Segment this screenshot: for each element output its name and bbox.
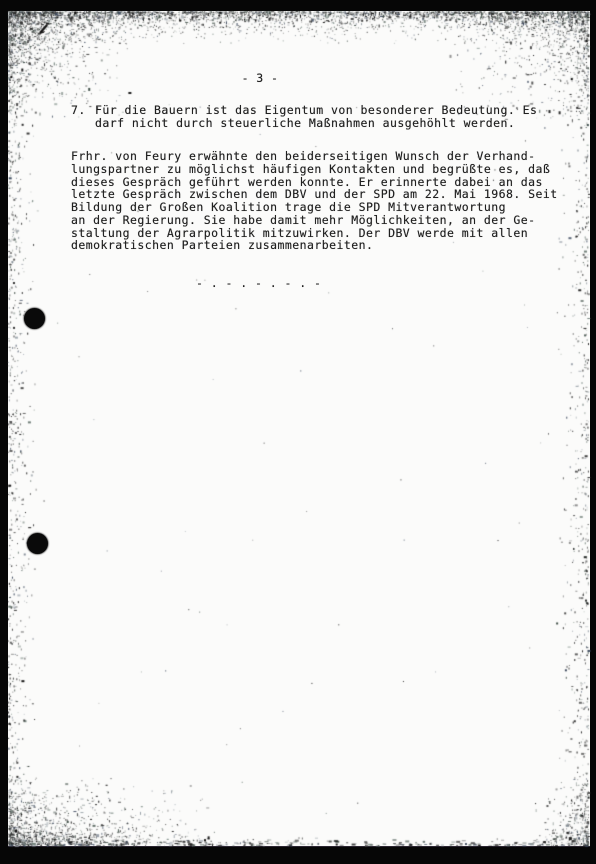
hole-punch-top xyxy=(24,308,45,329)
hole-punch-bottom xyxy=(27,533,48,554)
scanned-document-page: - 3 - 7. Für die Bauern ist das Eigentum… xyxy=(0,0,596,864)
text-line: Bildung der Großen Koalition trage die S… xyxy=(71,201,558,214)
text-line: Frhr. von Feury erwähnte den beiderseiti… xyxy=(71,150,558,163)
text-line: an der Regierung. Sie habe damit mehr Mö… xyxy=(71,214,558,227)
page-number: - 3 - xyxy=(200,71,320,85)
list-item-7-text: Für die Bauern ist das Eigentum von beso… xyxy=(95,104,537,130)
text-line: darf nicht durch steuerliche Maßnahmen a… xyxy=(95,117,537,130)
text-line: demokratischen Parteien zusammenarbeiten… xyxy=(71,239,558,252)
text-line: lungspartner zu möglichst häufigen Konta… xyxy=(71,163,558,176)
body-paragraph: Frhr. von Feury erwähnte den beiderseiti… xyxy=(71,150,558,252)
section-separator: - . - . - . - . - xyxy=(196,276,321,290)
list-item-7: 7. Für die Bauern ist das Eigentum von b… xyxy=(71,104,537,130)
list-item-7-number: 7. xyxy=(71,104,95,130)
